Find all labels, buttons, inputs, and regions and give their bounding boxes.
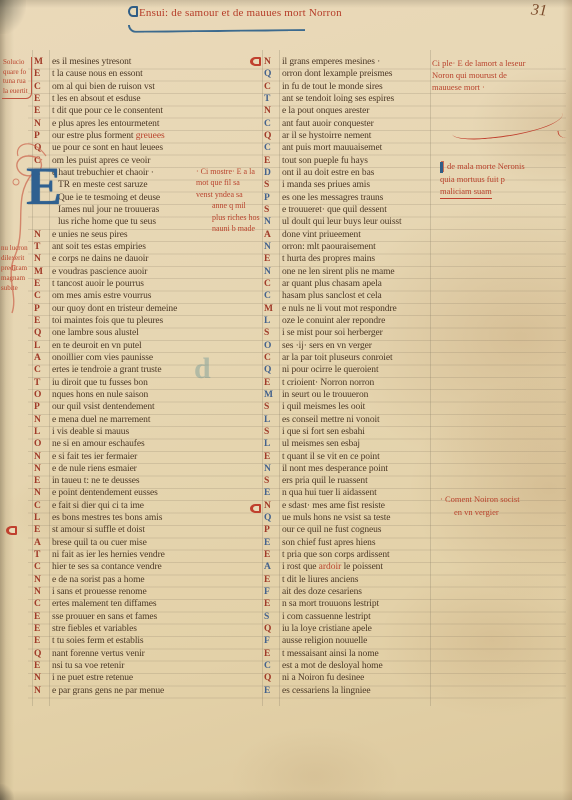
verse-text: ni pour ocirre le queroient — [282, 365, 378, 375]
line-initial: L — [264, 315, 275, 327]
line-initial: N — [34, 229, 45, 241]
line-initial: E — [264, 685, 275, 697]
line-initial: E — [34, 93, 45, 105]
verse-line: Si se mist pour soi herberger — [264, 327, 514, 339]
note-text: dilexerit — [1, 254, 24, 262]
verse-line: Si manda ses priues amis — [264, 179, 514, 191]
note-text: tuna rua — [3, 77, 26, 85]
verse-text: es bons mestres tes bons amis — [52, 513, 162, 523]
verse-text: our quil vsist dentendement — [52, 402, 155, 412]
verse-text: il nont mes desperance point — [282, 464, 388, 474]
verse-line: Ni sans et prouesse renome — [34, 586, 276, 598]
verse-line: Chasam plus sanclost et cela — [264, 290, 514, 302]
verse-line: Si que si fort sen esbahi — [264, 426, 514, 438]
verse-text: e fait si dier qui ci ta ime — [52, 501, 144, 511]
note-line: la euertit — [3, 87, 28, 97]
verse-line: Certes ie tendroie a grant truste — [34, 364, 276, 376]
line-initial: E — [34, 105, 45, 117]
verse-line: Ne mena duel ne marrement — [34, 414, 276, 426]
verse-text: nant forenne vertus venir — [52, 649, 145, 659]
note-text: nu lucron — [1, 244, 28, 252]
verse-text: le poissent — [341, 562, 383, 572]
line-initial: E — [264, 549, 275, 561]
verse-text: ant soit tes estas empiries — [52, 242, 146, 252]
verse-text: ue pour ce sont en haut leuees — [52, 143, 163, 153]
line-initial: C — [34, 364, 45, 376]
verse-text: il grans emperes mesines · — [282, 57, 380, 67]
verse-line: Len te deuroit en vn putel — [34, 340, 276, 352]
line-initial: O — [34, 389, 45, 401]
verse-text: ait des doze cesariens — [282, 587, 362, 597]
verse-text: i rost que — [282, 562, 319, 572]
verse-line: Fait des doze cesariens — [264, 586, 514, 598]
line-initial: Q — [264, 130, 275, 142]
line-initial: C — [264, 142, 275, 154]
verse-text: st amour si suffle et doist — [52, 525, 145, 535]
verse-line: Onques hons en nule saison — [34, 389, 276, 401]
line-initial: Q — [264, 68, 275, 80]
line-initial: E — [264, 598, 275, 610]
line-initial: E — [264, 451, 275, 463]
line-initial: N — [264, 241, 275, 253]
verse-text: stre fiebles et variables — [52, 624, 137, 634]
verse-line: Ce fait si dier qui ci ta ime — [34, 500, 276, 512]
line-initial: N — [34, 253, 45, 265]
line-initial: E — [34, 68, 45, 80]
note-line: magnam — [1, 273, 28, 283]
verse-text: i quil meismes les ooit — [282, 402, 365, 412]
line-initial: A — [264, 561, 275, 573]
note-text: Solucio — [3, 58, 24, 66]
verse-text: our ce quil ne fust cogneus — [282, 525, 381, 535]
text-column-left: Mes il mesines ytresontEt la cause nous … — [34, 56, 276, 697]
verse-line: Que pour ce sont en haut leuees — [34, 142, 276, 154]
verse-text: e la pout onques arester — [282, 106, 369, 116]
verse-line: Ne de nule riens esmaier — [34, 463, 276, 475]
verse-text: t dit que pour ce le consentent — [52, 106, 163, 116]
verse-line: Ees cessariens la lingniee — [264, 685, 514, 697]
line-initial: L — [264, 438, 275, 450]
verse-line: Tiu diroit que tu fusses bon — [34, 377, 276, 389]
line-initial: E — [264, 155, 275, 167]
verse-line: Et les en absout et esduse — [34, 93, 276, 105]
verse-text: e unies ne seus pires — [52, 230, 127, 240]
verse-text: e si fait tes ier fermaier — [52, 452, 137, 462]
line-initial: E — [264, 648, 275, 660]
verse-text: e nuls ne li vout mot respondre — [282, 304, 397, 314]
verse-line: Nul doult qui leur buys leur ouisst — [264, 216, 514, 228]
verse-line: Les conseil mettre ni vonoit — [264, 414, 514, 426]
line-initial: S — [264, 475, 275, 487]
line-initial: N — [34, 414, 45, 426]
verse-text: one lambre sous alustel — [52, 328, 139, 338]
line-initial: P — [264, 524, 275, 536]
line-initial: T — [34, 241, 45, 253]
verse-line: Oses ·ij· sers en vn verger — [264, 340, 514, 352]
verse-line: Nil nont mes desperance point — [264, 463, 514, 475]
verse-text: e mena duel ne marrement — [52, 415, 150, 425]
rubric-header-title: Ensui: de samour et de mauues mort Norro… — [139, 7, 342, 19]
pilcrow-mark — [250, 57, 261, 66]
line-initial: Q — [34, 648, 45, 660]
rubricated-word: greuees — [136, 131, 165, 141]
verse-text: t tancost auoir le pourrus — [52, 279, 144, 289]
verse-line: Que muls hons ne vsist sa teste — [264, 512, 514, 524]
verse-text: en te deuroit en vn putel — [52, 341, 142, 351]
verse-line: Eson chief fust apres hiens — [264, 537, 514, 549]
verse-line: Tant se tendoit loing ses espires — [264, 93, 514, 105]
verse-line: Pour quoy dont en tristeur demeine — [34, 303, 276, 315]
verse-text: in fu de tout le monde sires — [282, 82, 383, 92]
line-initial: N — [34, 574, 45, 586]
verse-line: Mes il mesines ytresont — [34, 56, 276, 68]
verse-line: Min seurt ou le trouueron — [264, 389, 514, 401]
line-initial: C — [264, 118, 275, 130]
verse-text: t pria que son corps ardissent — [282, 550, 390, 560]
verse-line: Esse prouuer en sans et fames — [34, 611, 276, 623]
verse-line: Ne sdast· mes ame fist resiste — [264, 500, 514, 512]
verse-text: t messaisant ainsi la nome — [282, 649, 379, 659]
verse-line: Li vis deable si mauus — [34, 426, 276, 438]
verse-text: in seurt ou le trouueron — [282, 390, 368, 400]
verse-text: t hurta des propres mains — [282, 254, 375, 264]
verse-line: Tant soit tes estas empiries — [34, 241, 276, 253]
line-initial: F — [264, 635, 275, 647]
text-column-right: Nil grans emperes mesines ·Qorron dont l… — [264, 56, 514, 697]
verse-line: Qni pour ocirre le queroient — [264, 364, 514, 376]
line-initial: C — [264, 278, 275, 290]
line-initial: N — [34, 487, 45, 499]
verse-text: iu diroit que tu fusses bon — [52, 378, 148, 388]
verse-line: Ne unies ne seus pires — [34, 229, 276, 241]
verse-line: Cant puis mort mauuaisemet — [264, 142, 514, 154]
verse-line: Qone lambre sous alustel — [34, 327, 276, 339]
verse-text: tout son pueple fu hays — [282, 156, 368, 166]
line-initial: N — [34, 685, 45, 697]
line-initial: C — [264, 290, 275, 302]
verse-text: toi maintes fois que tu pleures — [52, 316, 163, 326]
line-initial: Q — [264, 512, 275, 524]
line-initial: C — [34, 500, 45, 512]
verse-line: Et tu soies ferm et establis — [34, 635, 276, 647]
verse-text: i vis deable si mauus — [52, 427, 129, 437]
verse-text: i ne puet estre retenue — [52, 673, 133, 683]
line-initial: L — [34, 426, 45, 438]
note-text: predicam — [1, 264, 27, 272]
note-text: la euertit — [3, 87, 28, 95]
rubricated-word: ardoir — [319, 562, 342, 572]
line-initial: S — [264, 426, 275, 438]
verse-text: t quant il se vit en ce point — [282, 452, 380, 462]
verse-text: ont il au doit estre en bas — [282, 168, 374, 178]
verse-text: t dit le liures anciens — [282, 575, 358, 585]
line-initial: E — [264, 574, 275, 586]
verse-line: Ne plus apres les entourmetent — [34, 118, 276, 130]
note-line: dilexerit — [1, 253, 28, 263]
note-line: subite — [1, 283, 28, 293]
verse-text: onoillier com vies paunisse — [52, 353, 153, 363]
line-initial: C — [264, 81, 275, 93]
verse-line: Et dit que pour ce le consentent — [34, 105, 276, 117]
verse-text: orron dont lexample preismes — [282, 69, 392, 79]
verse-text: ue muls hons ne vsist sa teste — [282, 513, 390, 523]
verse-text: i manda ses priues amis — [282, 180, 370, 190]
manuscript-page: Ensui: de samour et de mauues mort Norro… — [0, 0, 572, 800]
note-text: magnam — [1, 274, 25, 282]
line-initial: E — [34, 475, 45, 487]
verse-line: Sers pria quil le ruassent — [264, 475, 514, 487]
verse-line: Me voudras pascience auoir — [34, 266, 276, 278]
verse-text: t crioient· Norron norron — [282, 378, 374, 388]
verse-text: t les en absout et esduse — [52, 94, 141, 104]
margin-note-left-top: Solucioquare fotuna ruala euertit — [2, 57, 32, 99]
note-line: Solucio — [3, 58, 28, 68]
line-initial: T — [264, 93, 275, 105]
verse-line: Qorron dont lexample preismes — [264, 68, 514, 80]
line-initial: E — [34, 660, 45, 672]
line-initial: M — [34, 266, 45, 278]
verse-line: Ni ne puet estre retenue — [34, 672, 276, 684]
line-initial: N — [264, 56, 275, 68]
verse-text: ul meismes sen esbaj — [282, 439, 360, 449]
verse-line: Qar il se hystoirre nement — [264, 130, 514, 142]
line-initial: P — [34, 401, 45, 413]
line-initial: E — [264, 537, 275, 549]
verse-line: Pes one les messagres trauns — [264, 192, 514, 204]
verse-text: e par grans gens ne par menue — [52, 686, 164, 696]
verse-text: es cessariens la lingniee — [282, 686, 371, 696]
verse-line: En qua hui tuer li aidassent — [264, 487, 514, 499]
verse-line: Aonoillier com vies paunisse — [34, 352, 276, 364]
verse-text: iu la loye cristiane apele — [282, 624, 372, 634]
verse-line: Ein taueu t: ne te deusses — [34, 475, 276, 487]
verse-line: Qiu la loye cristiane apele — [264, 623, 514, 635]
note-text: subite — [1, 284, 18, 292]
line-initial: M — [264, 389, 275, 401]
verse-line: Car la par toit pluseurs conroiet — [264, 352, 514, 364]
verse-text: e plus apres les entourmetent — [52, 119, 159, 129]
verse-text: ausse religion nouuelle — [282, 636, 367, 646]
verse-text: ant se tendoit loing ses espires — [282, 94, 394, 104]
line-initial: N — [34, 586, 45, 598]
verse-text: sse prouuer en sans et fames — [52, 612, 157, 622]
verse-line: Si com cassuenne lestript — [264, 611, 514, 623]
verse-line: Etout son pueple fu hays — [264, 155, 514, 167]
verse-line: None ne len sirent plis ne mame — [264, 266, 514, 278]
verse-line: lus riche home que tu seus — [34, 216, 276, 228]
verse-text: brese quil ta ou cuer mise — [52, 538, 147, 548]
line-initial: F — [264, 586, 275, 598]
line-initial: L — [34, 512, 45, 524]
verse-line: Pour estre plus forment greuees — [34, 130, 276, 142]
verse-text: our estre plus forment — [52, 131, 136, 141]
verse-line: Fausse religion nouuelle — [264, 635, 514, 647]
verse-text: e trouueret· que quil dessent — [282, 205, 387, 215]
verse-text: hier te ses sa contance vendre — [52, 562, 162, 572]
line-initial: L — [34, 340, 45, 352]
verse-text: om mes amis estre vourrus — [52, 291, 151, 301]
verse-line: Ne par grans gens ne par menue — [34, 685, 276, 697]
verse-text: es il mesines ytresont — [52, 57, 131, 67]
vertical-rule — [32, 50, 33, 706]
line-initial: Q — [264, 672, 275, 684]
drop-cap-initial: E — [26, 158, 72, 214]
verse-text: ant faut auoir conquester — [282, 119, 374, 129]
verse-line: Qnant forenne vertus venir — [34, 648, 276, 660]
verse-line: Et messaisant ainsi la nome — [264, 648, 514, 660]
line-initial: E — [34, 623, 45, 635]
line-initial: A — [34, 537, 45, 549]
verse-text: ni a Noiron fu desinee — [282, 673, 364, 683]
verse-text: e de nule riens esmaier — [52, 464, 137, 474]
line-initial: E — [264, 487, 275, 499]
verse-text: est a mot de desloyal home — [282, 661, 383, 671]
line-initial: Q — [264, 364, 275, 376]
verse-line: Com mes amis estre vourrus — [34, 290, 276, 302]
line-initial: N — [264, 216, 275, 228]
verse-line: Chier te ses sa contance vendre — [34, 561, 276, 573]
note-line: nu lucron — [1, 243, 28, 253]
verse-line: Ne point dentendement eusses — [34, 487, 276, 499]
line-initial: S — [264, 401, 275, 413]
line-initial: E — [34, 315, 45, 327]
line-initial: N — [34, 118, 45, 130]
verse-text: n sa mort trouuons lestript — [282, 599, 379, 609]
line-initial: E — [264, 253, 275, 265]
verse-text: t la cause nous en essont — [52, 69, 143, 79]
line-initial: O — [264, 340, 275, 352]
verse-text: lus riche home que tu seus — [34, 217, 156, 227]
verse-line: En sa mort trouuons lestript — [264, 598, 514, 610]
verse-line: Ensi tu sa voe retenir — [34, 660, 276, 672]
verse-line: Pour quil vsist dentendement — [34, 401, 276, 413]
line-initial: Q — [34, 142, 45, 154]
verse-text: es one les messagres trauns — [282, 193, 383, 203]
verse-line: Lul meismes sen esbaj — [264, 438, 514, 450]
verse-text: i que si fort sen esbahi — [282, 427, 365, 437]
page-corner-shadow — [0, 0, 26, 34]
line-initial: S — [264, 204, 275, 216]
line-initial: E — [34, 524, 45, 536]
verse-line: Norron: mlt paouraisement — [264, 241, 514, 253]
verse-text: ni fait as ier les hernies vendre — [52, 550, 165, 560]
verse-line: Et tancost auoir le pourrus — [34, 278, 276, 290]
line-initial: N — [264, 105, 275, 117]
verse-line: Adone vint priueement — [264, 229, 514, 241]
verse-text: ar la par toit pluseurs conroiet — [282, 353, 393, 363]
verse-line: Si quil meismes les ooit — [264, 401, 514, 413]
verse-line: Qni a Noiron fu desinee — [264, 672, 514, 684]
pilcrow-mark — [250, 504, 261, 513]
line-initial: C — [34, 81, 45, 93]
page-corner-shadow-bottom — [0, 784, 14, 800]
bleedthrough-initial: d — [194, 352, 211, 386]
verse-text: orron: mlt paouraisement — [282, 242, 376, 252]
line-initial: P — [34, 130, 45, 142]
note-line: tuna rua — [3, 77, 28, 87]
verse-line: Certes malement ten diffames — [34, 598, 276, 610]
verse-line: Etoi maintes fois que tu pleures — [34, 315, 276, 327]
verse-text: e sdast· mes ame fist resiste — [282, 501, 385, 511]
line-initial: E — [34, 635, 45, 647]
line-initial: M — [264, 303, 275, 315]
verse-line: Loze le conuint aler repondre — [264, 315, 514, 327]
verse-line: Nil grans emperes mesines · — [264, 56, 514, 68]
line-initial: N — [264, 266, 275, 278]
line-initial: T — [34, 549, 45, 561]
line-initial: P — [264, 192, 275, 204]
verse-line: Ne de na sorist pas a home — [34, 574, 276, 586]
line-initial: O — [34, 438, 45, 450]
line-initial: C — [34, 598, 45, 610]
line-initial: S — [264, 327, 275, 339]
note-text: quare fo — [3, 68, 26, 76]
verse-text: i se mist pour soi herberger — [282, 328, 383, 338]
line-initial: S — [264, 611, 275, 623]
verse-text: one ne len sirent plis ne mame — [282, 267, 395, 277]
pilcrow-mark — [6, 526, 17, 535]
verse-line: Cin fu de tout le monde sires — [264, 81, 514, 93]
verse-text: e corps ne dains ne dauoir — [52, 254, 148, 264]
line-initial: C — [34, 290, 45, 302]
line-initial: P — [34, 303, 45, 315]
verse-line: Et pria que son corps ardissent — [264, 549, 514, 561]
line-initial: C — [264, 660, 275, 672]
verse-text: son chief fust apres hiens — [282, 538, 375, 548]
verse-line: Et crioient· Norron norron — [264, 377, 514, 389]
verse-text: es conseil mettre ni vonoit — [282, 415, 380, 425]
verse-text: e de na sorist pas a home — [52, 575, 144, 585]
line-initial: N — [34, 451, 45, 463]
verse-text: i sans et prouesse renome — [52, 587, 147, 597]
verse-line: Les bons mestres tes bons amis — [34, 512, 276, 524]
line-initial: Q — [34, 327, 45, 339]
verse-line: Se trouueret· que quil dessent — [264, 204, 514, 216]
verse-text: ar quant plus chasam apela — [282, 279, 382, 289]
verse-text: oze le conuint aler repondre — [282, 316, 385, 326]
verse-text: ne si en amour eschaufes — [52, 439, 145, 449]
verse-text: nsi tu sa voe retenir — [52, 661, 124, 671]
line-initial: A — [264, 229, 275, 241]
note-line: quare fo — [3, 68, 28, 78]
header-blue-flourish — [128, 23, 305, 33]
verse-line: Et la cause nous en essont — [34, 68, 276, 80]
line-initial: N — [264, 463, 275, 475]
line-initial: L — [264, 414, 275, 426]
line-initial: T — [34, 377, 45, 389]
verse-text: n qua hui tuer li aidassent — [282, 488, 377, 498]
line-initial: M — [34, 56, 45, 68]
verse-line: Ne si fait tes ier fermaier — [34, 451, 276, 463]
verse-line: Ne la pout onques arester — [264, 105, 514, 117]
folio-number: 31 — [530, 1, 547, 20]
line-initial: D — [264, 167, 275, 179]
verse-line: Et dit le liures anciens — [264, 574, 514, 586]
line-initial: Q — [264, 623, 275, 635]
verse-text: i com cassuenne lestript — [282, 612, 371, 622]
verse-text: done vint priueement — [282, 230, 361, 240]
verse-text: ertes malement ten diffames — [52, 599, 157, 609]
verse-text: e point dentendement eusses — [52, 488, 158, 498]
verse-text: nques hons en nule saison — [52, 390, 148, 400]
verse-text: in taueu t: ne te deusses — [52, 476, 139, 486]
line-initial: E — [34, 278, 45, 290]
verse-text: ers pria quil le ruassent — [282, 476, 368, 486]
line-initial: N — [34, 463, 45, 475]
verse-line: Cest a mot de desloyal home — [264, 660, 514, 672]
verse-line: One si en amour eschaufes — [34, 438, 276, 450]
line-initial: N — [264, 500, 275, 512]
